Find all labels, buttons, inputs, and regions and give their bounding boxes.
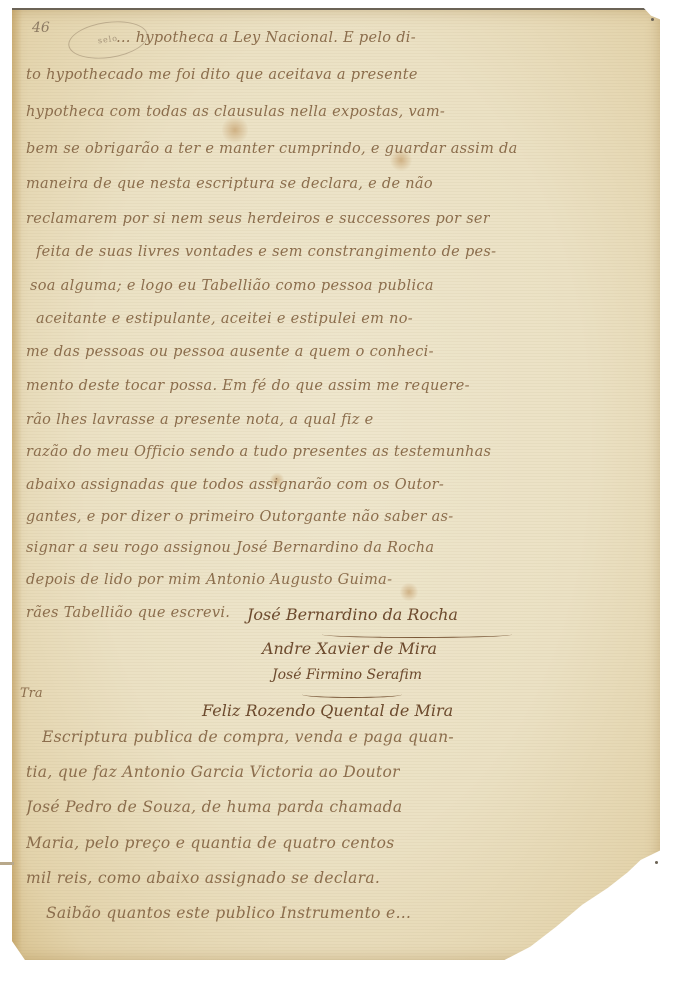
text-line: aceitante e estipulante, aceitei e estip… [36, 311, 413, 327]
page-speck [655, 861, 658, 864]
text-line: depois de lido por mim Antonio Augusto G… [26, 572, 392, 588]
signature: José Bernardino da Rocha [247, 605, 458, 624]
text-line: soa alguma; e logo eu Tabellião como pes… [30, 278, 434, 294]
text-line: maneira de que nesta escriptura se decla… [26, 176, 433, 192]
signature-block: José Bernardino da Rocha Andre Xavier de… [192, 605, 612, 735]
margin-note: Tra [20, 686, 43, 701]
signature-flourish [302, 691, 402, 698]
text-line: tia, que faz Antonio Garcia Victoria ao … [26, 763, 400, 781]
text-line: rão lhes lavrasse a presente nota, a qua… [26, 412, 374, 428]
text-line: abaixo assignadas que todos assignarão c… [26, 477, 444, 493]
text-line: signar a seu rogo assignou José Bernardi… [26, 540, 434, 556]
text-line: Saibão quantos este publico Instrumento … [46, 904, 411, 922]
text-line: feita de suas livres vontades e sem cons… [36, 244, 496, 260]
signature-flourish [322, 631, 512, 638]
text-line: Escriptura publica de compra, venda e pa… [42, 728, 454, 746]
signature: Andre Xavier de Mira [262, 639, 437, 658]
text-line: gantes, e por dizer o primeiro Outorgant… [26, 509, 453, 525]
text-line: reclamarem por si nem seus herdeiros e s… [26, 211, 490, 227]
signature: José Firmino Serafim [272, 667, 422, 683]
text-line: bem se obrigarão a ter e manter cumprind… [26, 141, 518, 157]
text-line: mento deste tocar possa. Em fé do que as… [26, 378, 470, 394]
page-tear-hole [0, 863, 6, 889]
text-line: mil reis, como abaixo assignado se decla… [26, 869, 380, 887]
text-line: Maria, pelo preço e quantia de quatro ce… [26, 834, 395, 852]
binding-thread [0, 862, 14, 865]
edge-aging-stain [12, 10, 22, 960]
page-speck [651, 18, 654, 21]
folio-number: 46 [32, 20, 50, 36]
manuscript-page: 46 selo … hypotheca a Ley Nacional. E pe… [12, 8, 660, 960]
signature: Feliz Rozendo Quental de Mira [202, 701, 453, 720]
ink-stain [400, 582, 418, 602]
text-line: José Pedro de Souza, de huma parda chama… [26, 798, 402, 816]
text-line: to hypothecado me foi dito que aceitava … [26, 67, 418, 83]
text-line: … hypotheca a Ley Nacional. E pelo di- [116, 30, 416, 46]
text-line: razão do meu Officio sendo a tudo presen… [26, 444, 491, 460]
text-line: me das pessoas ou pessoa ausente a quem … [26, 344, 434, 360]
text-line: hypotheca com todas as clausulas nella e… [26, 104, 445, 120]
